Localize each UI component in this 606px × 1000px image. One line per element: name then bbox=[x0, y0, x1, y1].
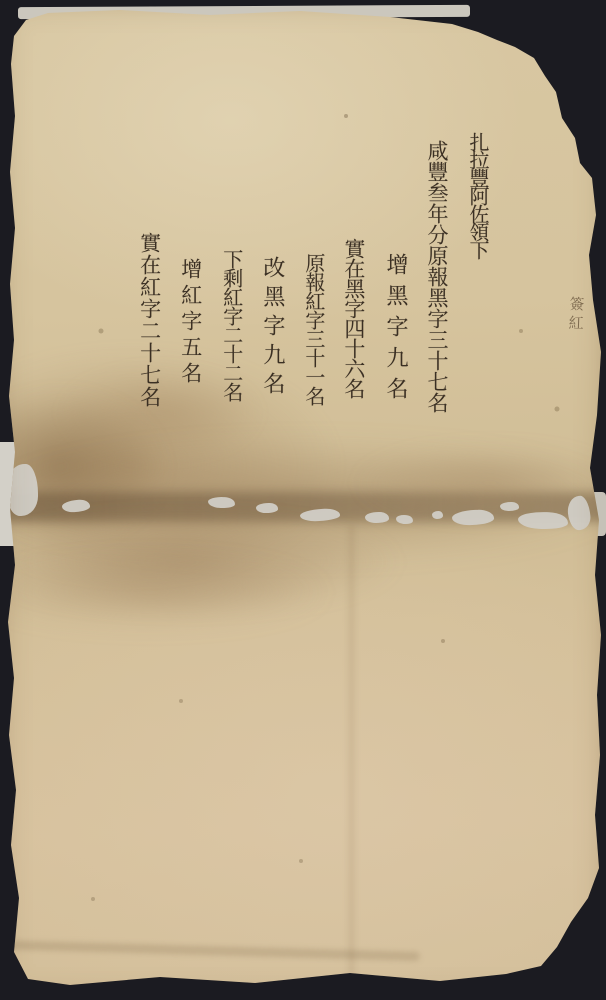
column-actual-black-count: 實在黑字四十六名 bbox=[343, 128, 365, 398]
paper-stain-right-seam bbox=[355, 446, 606, 520]
column-year-original-black-count: 咸豐叁年分原報黑字三十七名 bbox=[426, 128, 448, 413]
column-added-red-count: 增紅字五名 bbox=[180, 128, 202, 388]
seam-tear-patch bbox=[396, 514, 414, 524]
calligraphy-text-block: 扎拉豐阿佐領下 咸豐叁年分原報黑字三十七名 增黑字九名 實在黑字四十六名 原報紅… bbox=[139, 128, 488, 428]
bottom-crease bbox=[0, 940, 420, 961]
paper-stain-large-left bbox=[0, 348, 340, 583]
column-original-red-count: 原報紅字三十一名 bbox=[303, 128, 324, 405]
paper-stain-fade bbox=[0, 556, 330, 628]
column-actual-red-count: 實在紅字二十七名 bbox=[139, 128, 161, 408]
seam-tear-patch bbox=[208, 496, 236, 508]
seam-tear-patch bbox=[62, 499, 91, 513]
seam-tear-patch bbox=[500, 502, 519, 511]
seam-tear-patch bbox=[300, 508, 341, 522]
seam-tear-patch bbox=[365, 512, 389, 523]
fold-seam-line bbox=[0, 492, 606, 522]
seam-tear-patch bbox=[518, 511, 569, 530]
seam-tear-patch bbox=[256, 503, 278, 513]
manuscript-page: 扎拉豐阿佐領下 咸豐叁年分原報黑字三十七名 增黑字九名 實在黑字四十六名 原報紅… bbox=[0, 0, 606, 1000]
vertical-crease bbox=[348, 525, 355, 975]
seam-tear-patch bbox=[452, 509, 494, 525]
marginal-annotation: 簽紅 bbox=[565, 296, 587, 335]
column-banner-company-heading: 扎拉豐阿佐領下 bbox=[467, 128, 488, 258]
fold-seam-band bbox=[0, 438, 606, 562]
column-remaining-red-count: 下剩紅字二十二名 bbox=[221, 128, 242, 401]
paper-stain bbox=[60, 368, 260, 458]
scan-background: 扎拉豐阿佐領下 咸豐叁年分原報黑字三十七名 增黑字九名 實在黑字四十六名 原報紅… bbox=[0, 0, 606, 1000]
seam-tear-patch bbox=[566, 495, 591, 531]
paper-specks bbox=[0, 0, 2, 2]
paper-stain-below-seam bbox=[0, 512, 400, 612]
column-changed-black-count: 改黑字九名 bbox=[261, 128, 284, 401]
seam-tear-patch bbox=[432, 511, 443, 519]
column-added-black-count: 增黑字九名 bbox=[384, 128, 407, 408]
paper-stain-dark-core bbox=[0, 392, 165, 542]
